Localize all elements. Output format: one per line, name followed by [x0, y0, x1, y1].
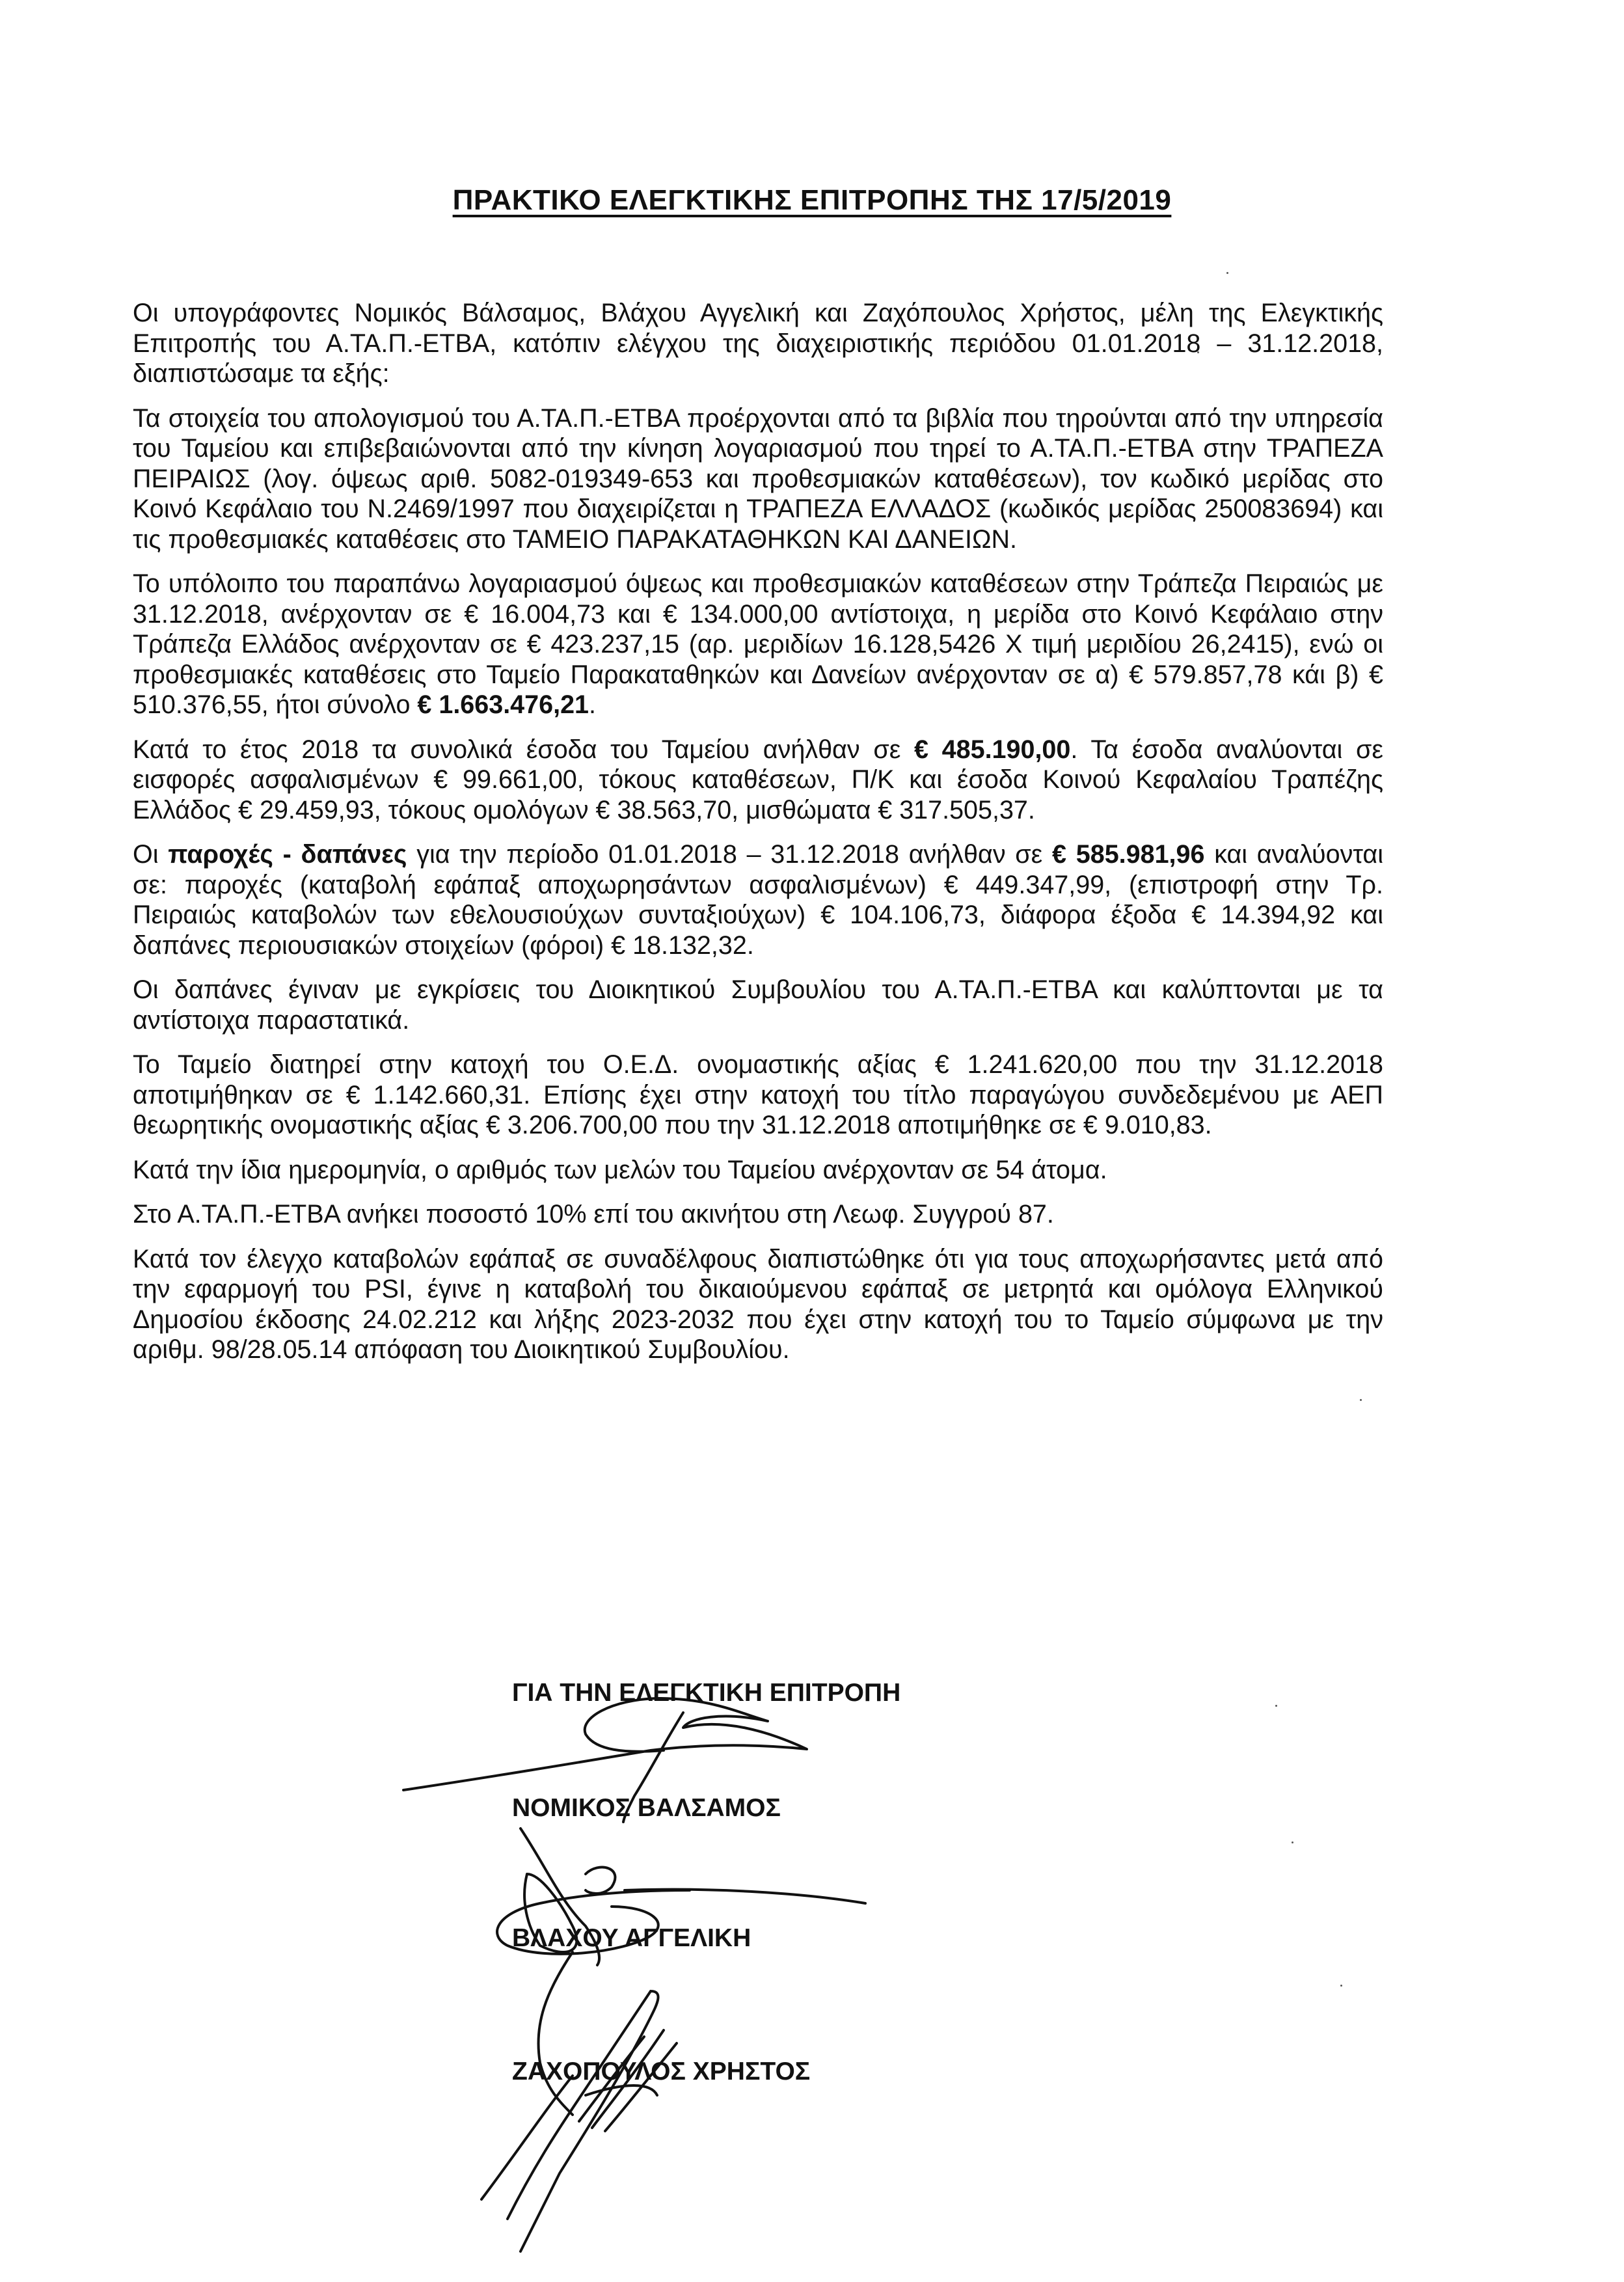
signature-block: ΓΙΑ ΤΗΝ ΕΛΕΓΚΤΙΚΗ ΕΠΙΤΡΟΠΗ ΝΟΜΙΚΟΣ ΒΑΛΣΑ… — [0, 0, 1624, 2282]
signature-heading: ΓΙΑ ΤΗΝ ΕΛΕΓΚΤΙΚΗ ΕΠΙΤΡΟΠΗ — [512, 1679, 900, 1707]
scan-speck — [1226, 272, 1228, 274]
signatory-name-2: ΒΛΑΧΟΥ ΑΓΓΕΛΙΚΗ — [512, 1924, 751, 1953]
signatory-name-1: ΝΟΜΙΚΟΣ ΒΑΛΣΑΜΟΣ — [512, 1794, 781, 1823]
scan-speck — [1275, 1705, 1277, 1707]
scan-speck — [1340, 1985, 1342, 1987]
scan-speck — [677, 1249, 679, 1251]
scan-speck — [1360, 1399, 1362, 1401]
scan-speck — [742, 413, 744, 415]
signatory-name-3: ΖΑΧΟΠΟΥΛΟΣ ΧΡΗΣΤΟΣ — [512, 2058, 810, 2086]
handwritten-signatures-icon — [0, 0, 1624, 2282]
scan-speck — [1197, 351, 1199, 353]
scanned-document-page: ΠΡΑΚΤΙΚΟ ΕΛΕΓΚΤΙΚΗΣ ΕΠΙΤΡΟΠΗΣ ΤΗΣ 17/5/2… — [0, 0, 1624, 2282]
scan-speck — [1292, 1841, 1293, 1843]
signature-3-icon — [481, 1952, 677, 2251]
